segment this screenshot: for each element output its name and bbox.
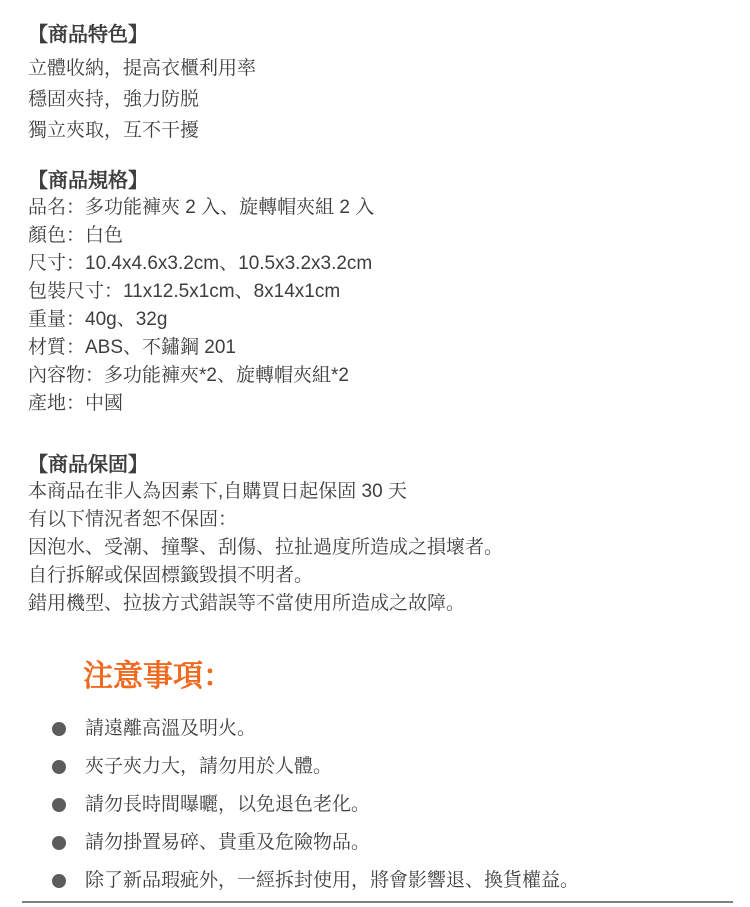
warranty-line: 自行拆解或保固標籤毀損不明者。 <box>28 562 740 590</box>
spec-line-name: 品名：多功能褲夾 2 入、旋轉帽夾組 2 入 <box>28 194 740 222</box>
notice-item-text: 請勿長時間曝曬，以免退色老化。 <box>85 791 370 818</box>
notice-item: 請勿長時間曝曬，以免退色老化。 <box>52 791 740 818</box>
warranty-line: 因泡水、受潮、撞擊、刮傷、拉扯過度所造成之損壞者。 <box>28 534 740 562</box>
spec-line-contents: 內容物：多功能褲夾*2、旋轉帽夾組*2 <box>28 362 740 390</box>
spec-line-material: 材質：ABS、不鏽鋼 201 <box>28 334 740 362</box>
notice-item: 除了新品瑕疵外，一經拆封使用，將會影響退、換貨權益。 <box>52 867 740 894</box>
spec-line-color: 顏色：白色 <box>28 222 740 250</box>
spec-line-package-size: 包裝尺寸：11x12.5x1cm、8x14x1cm <box>28 278 740 306</box>
section-warranty: 【商品保固】 本商品在非人為因素下,自購買日起保固 30 天 有以下情況者恕不保… <box>28 454 740 618</box>
bullet-dot-icon <box>52 722 66 736</box>
product-description-page: 【商品特色】 立體收納，提高衣櫃利用率 穩固夾持，強力防脱 獨立夾取，互不干擾 … <box>0 0 750 907</box>
feature-line: 穩固夾持，強力防脱 <box>28 84 740 115</box>
feature-line: 獨立夾取，互不干擾 <box>28 115 740 146</box>
bullet-dot-icon <box>52 760 66 774</box>
notice-list: 請遠離高溫及明火。 夾子夾力大，請勿用於人體。 請勿長時間曝曬，以免退色老化。 … <box>28 715 740 894</box>
warranty-line: 錯用機型、拉拔方式錯誤等不當使用所造成之故障。 <box>28 590 740 618</box>
section-specs: 【商品規格】 品名：多功能褲夾 2 入、旋轉帽夾組 2 入 顏色：白色 尺寸：1… <box>28 170 740 418</box>
section-title-warranty: 【商品保固】 <box>28 454 740 476</box>
notice-item-text: 請勿掛置易碎、貴重及危險物品。 <box>85 829 370 856</box>
warranty-line: 有以下情況者恕不保固： <box>28 506 740 534</box>
bullet-dot-icon <box>52 836 66 850</box>
section-title-features: 【商品特色】 <box>28 24 740 46</box>
spec-line-size: 尺寸：10.4x4.6x3.2cm、10.5x3.2x3.2cm <box>28 250 740 278</box>
section-features: 【商品特色】 立體收納，提高衣櫃利用率 穩固夾持，強力防脱 獨立夾取，互不干擾 <box>28 24 740 146</box>
feature-line: 立體收納，提高衣櫃利用率 <box>28 53 740 84</box>
notice-heading: 注意事項： <box>83 656 740 698</box>
notice-item: 夾子夾力大，請勿用於人體。 <box>52 753 740 780</box>
notice-item: 請勿掛置易碎、貴重及危險物品。 <box>52 829 740 856</box>
notice-item-text: 夾子夾力大，請勿用於人體。 <box>85 753 332 780</box>
section-title-specs: 【商品規格】 <box>28 170 740 192</box>
notice-item: 請遠離高溫及明火。 <box>52 715 740 742</box>
notice-item-text: 請遠離高溫及明火。 <box>85 715 256 742</box>
bullet-dot-icon <box>52 798 66 812</box>
spec-line-origin: 產地：中國 <box>28 390 740 418</box>
spec-line-weight: 重量：40g、32g <box>28 306 740 334</box>
notice-item-text: 除了新品瑕疵外，一經拆封使用，將會影響退、換貨權益。 <box>85 867 579 894</box>
bottom-divider <box>22 901 733 903</box>
warranty-line: 本商品在非人為因素下,自購買日起保固 30 天 <box>28 478 740 506</box>
bullet-dot-icon <box>52 874 66 888</box>
